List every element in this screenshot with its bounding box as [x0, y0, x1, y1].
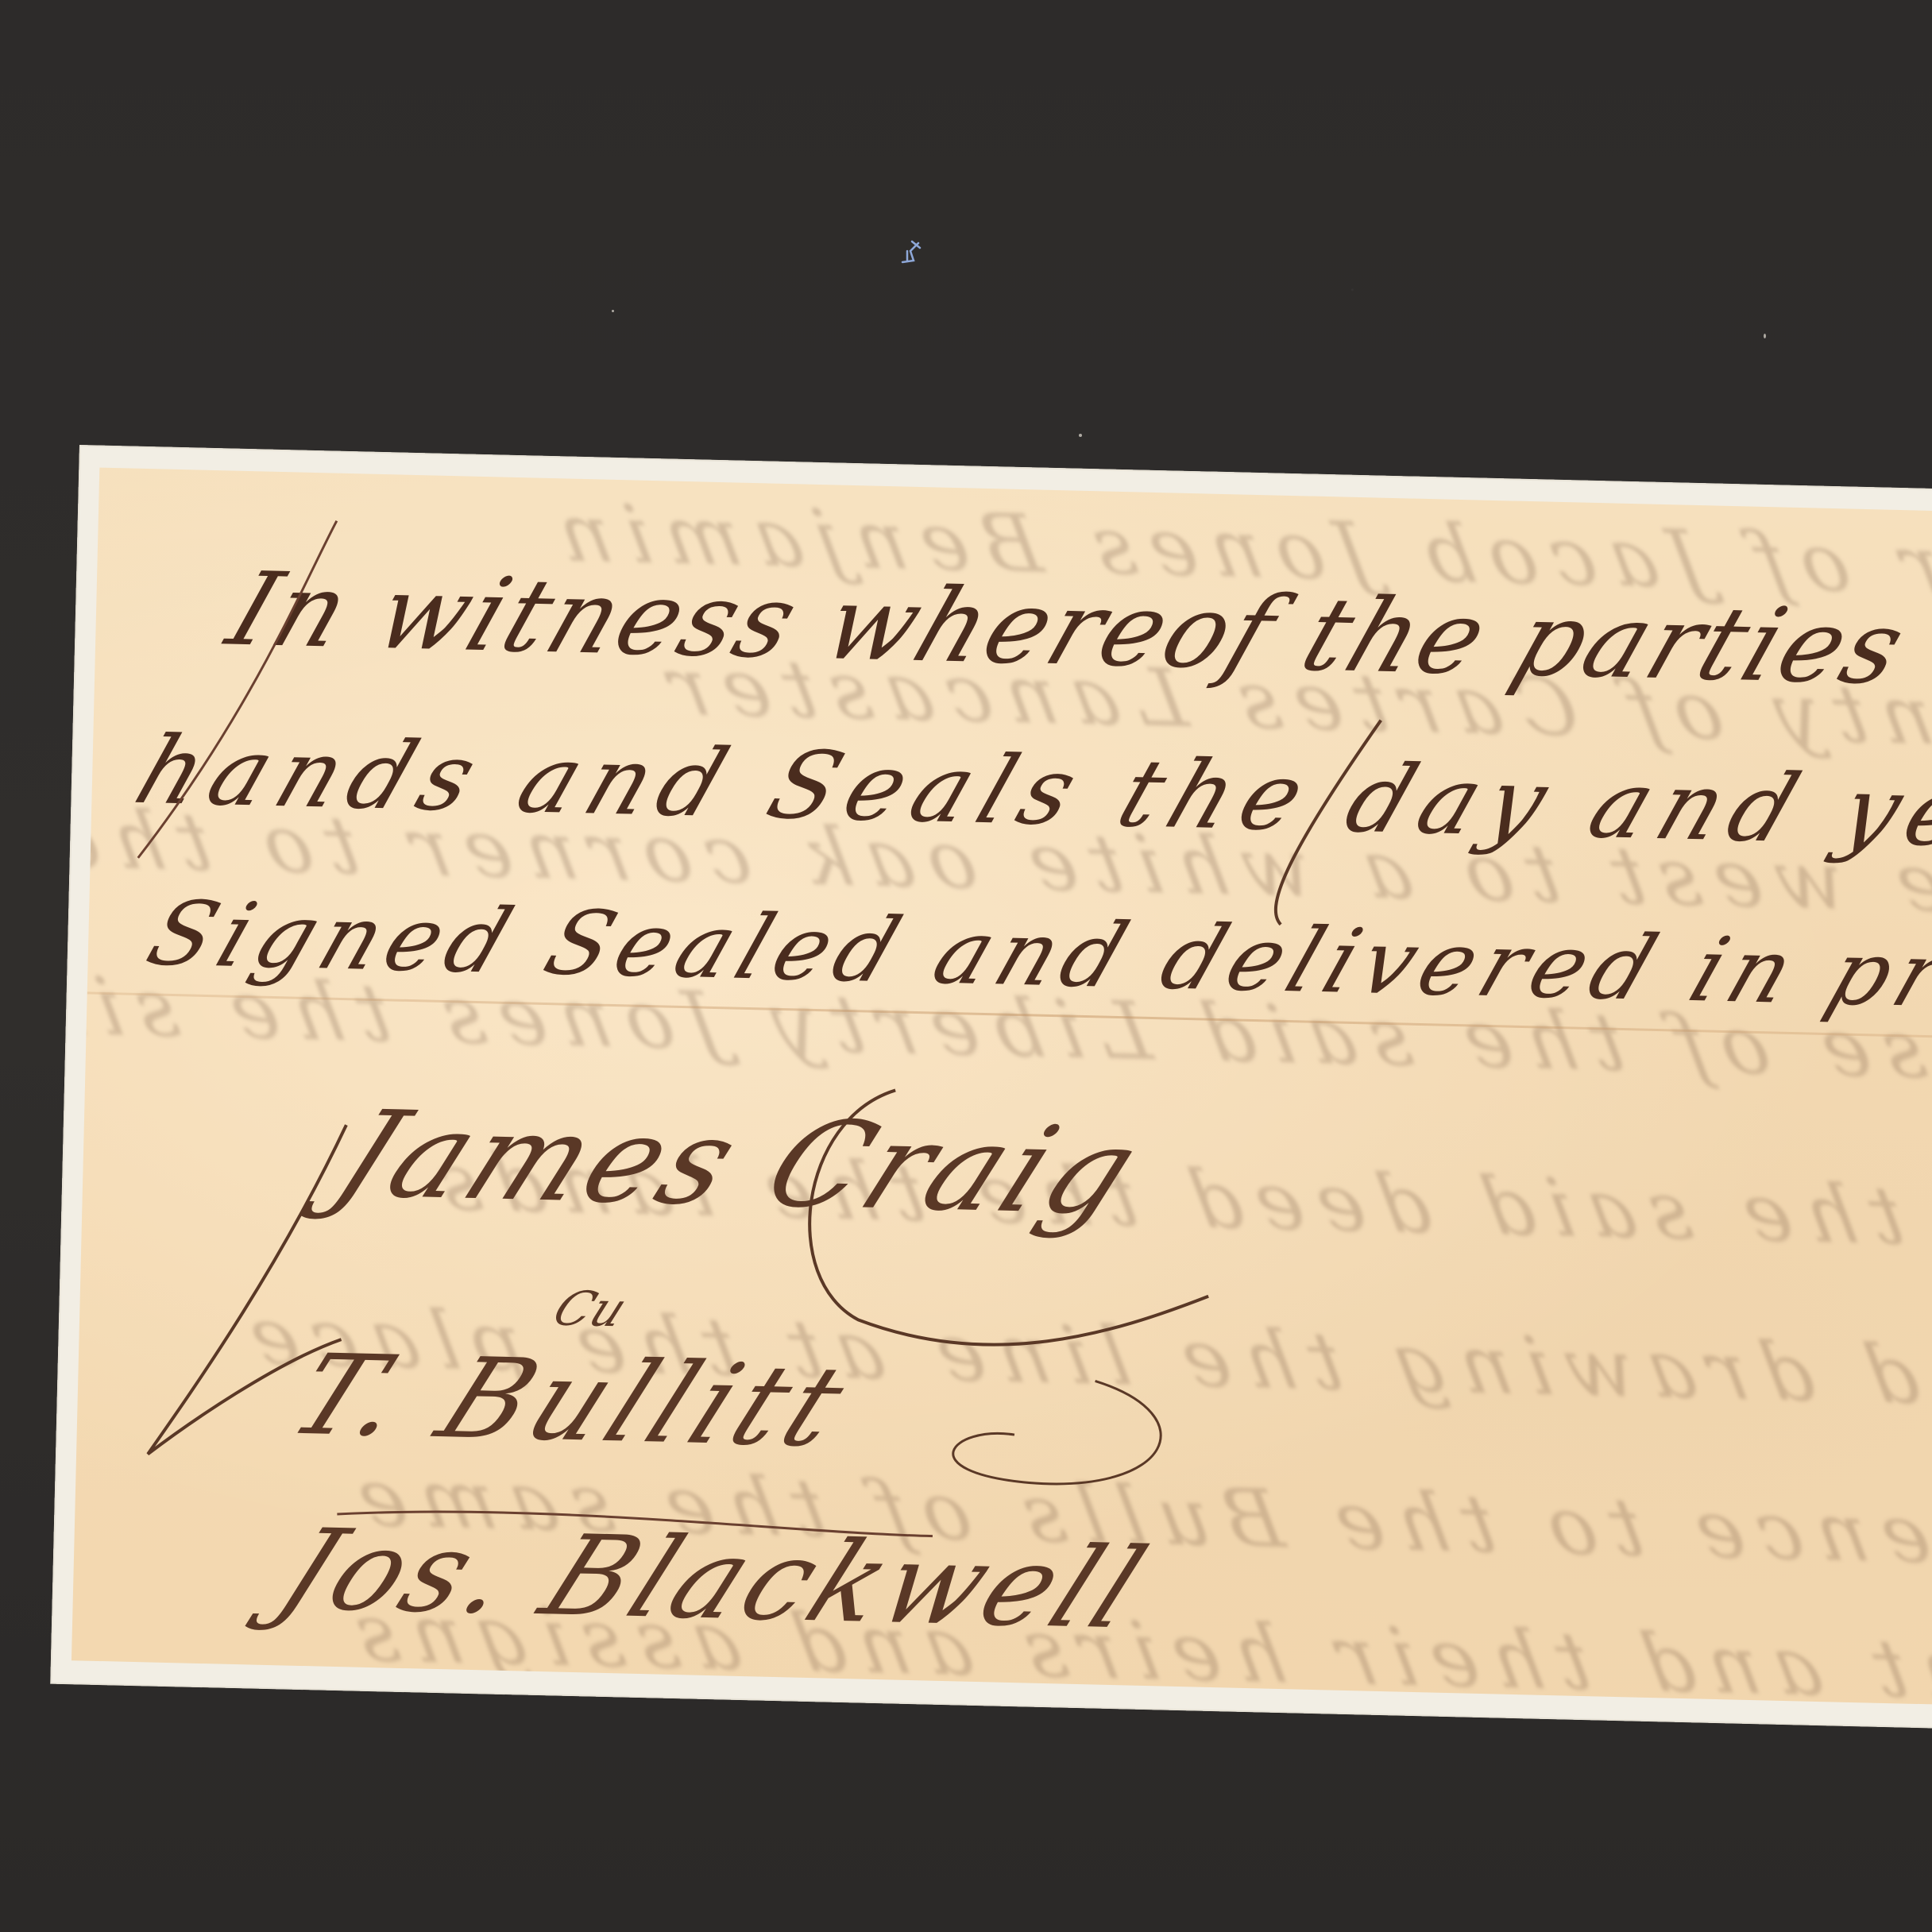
dust-speck	[612, 310, 614, 312]
blue-fiber-speck	[896, 240, 923, 269]
dust-speck	[1764, 334, 1766, 338]
document-paper: ear of Jacob Jones Benjamin ounty of Car…	[71, 468, 1932, 1707]
dust-speck	[1079, 434, 1082, 437]
signature-bullitt: T. Bullitt	[272, 1331, 869, 1472]
signature-jos-blackwell: Jos. Blackwell	[261, 1505, 1167, 1654]
framed-document: ear of Jacob Jones Benjamin ounty of Car…	[50, 445, 1932, 1730]
signature-james-craig: James Craig	[316, 1086, 1162, 1242]
